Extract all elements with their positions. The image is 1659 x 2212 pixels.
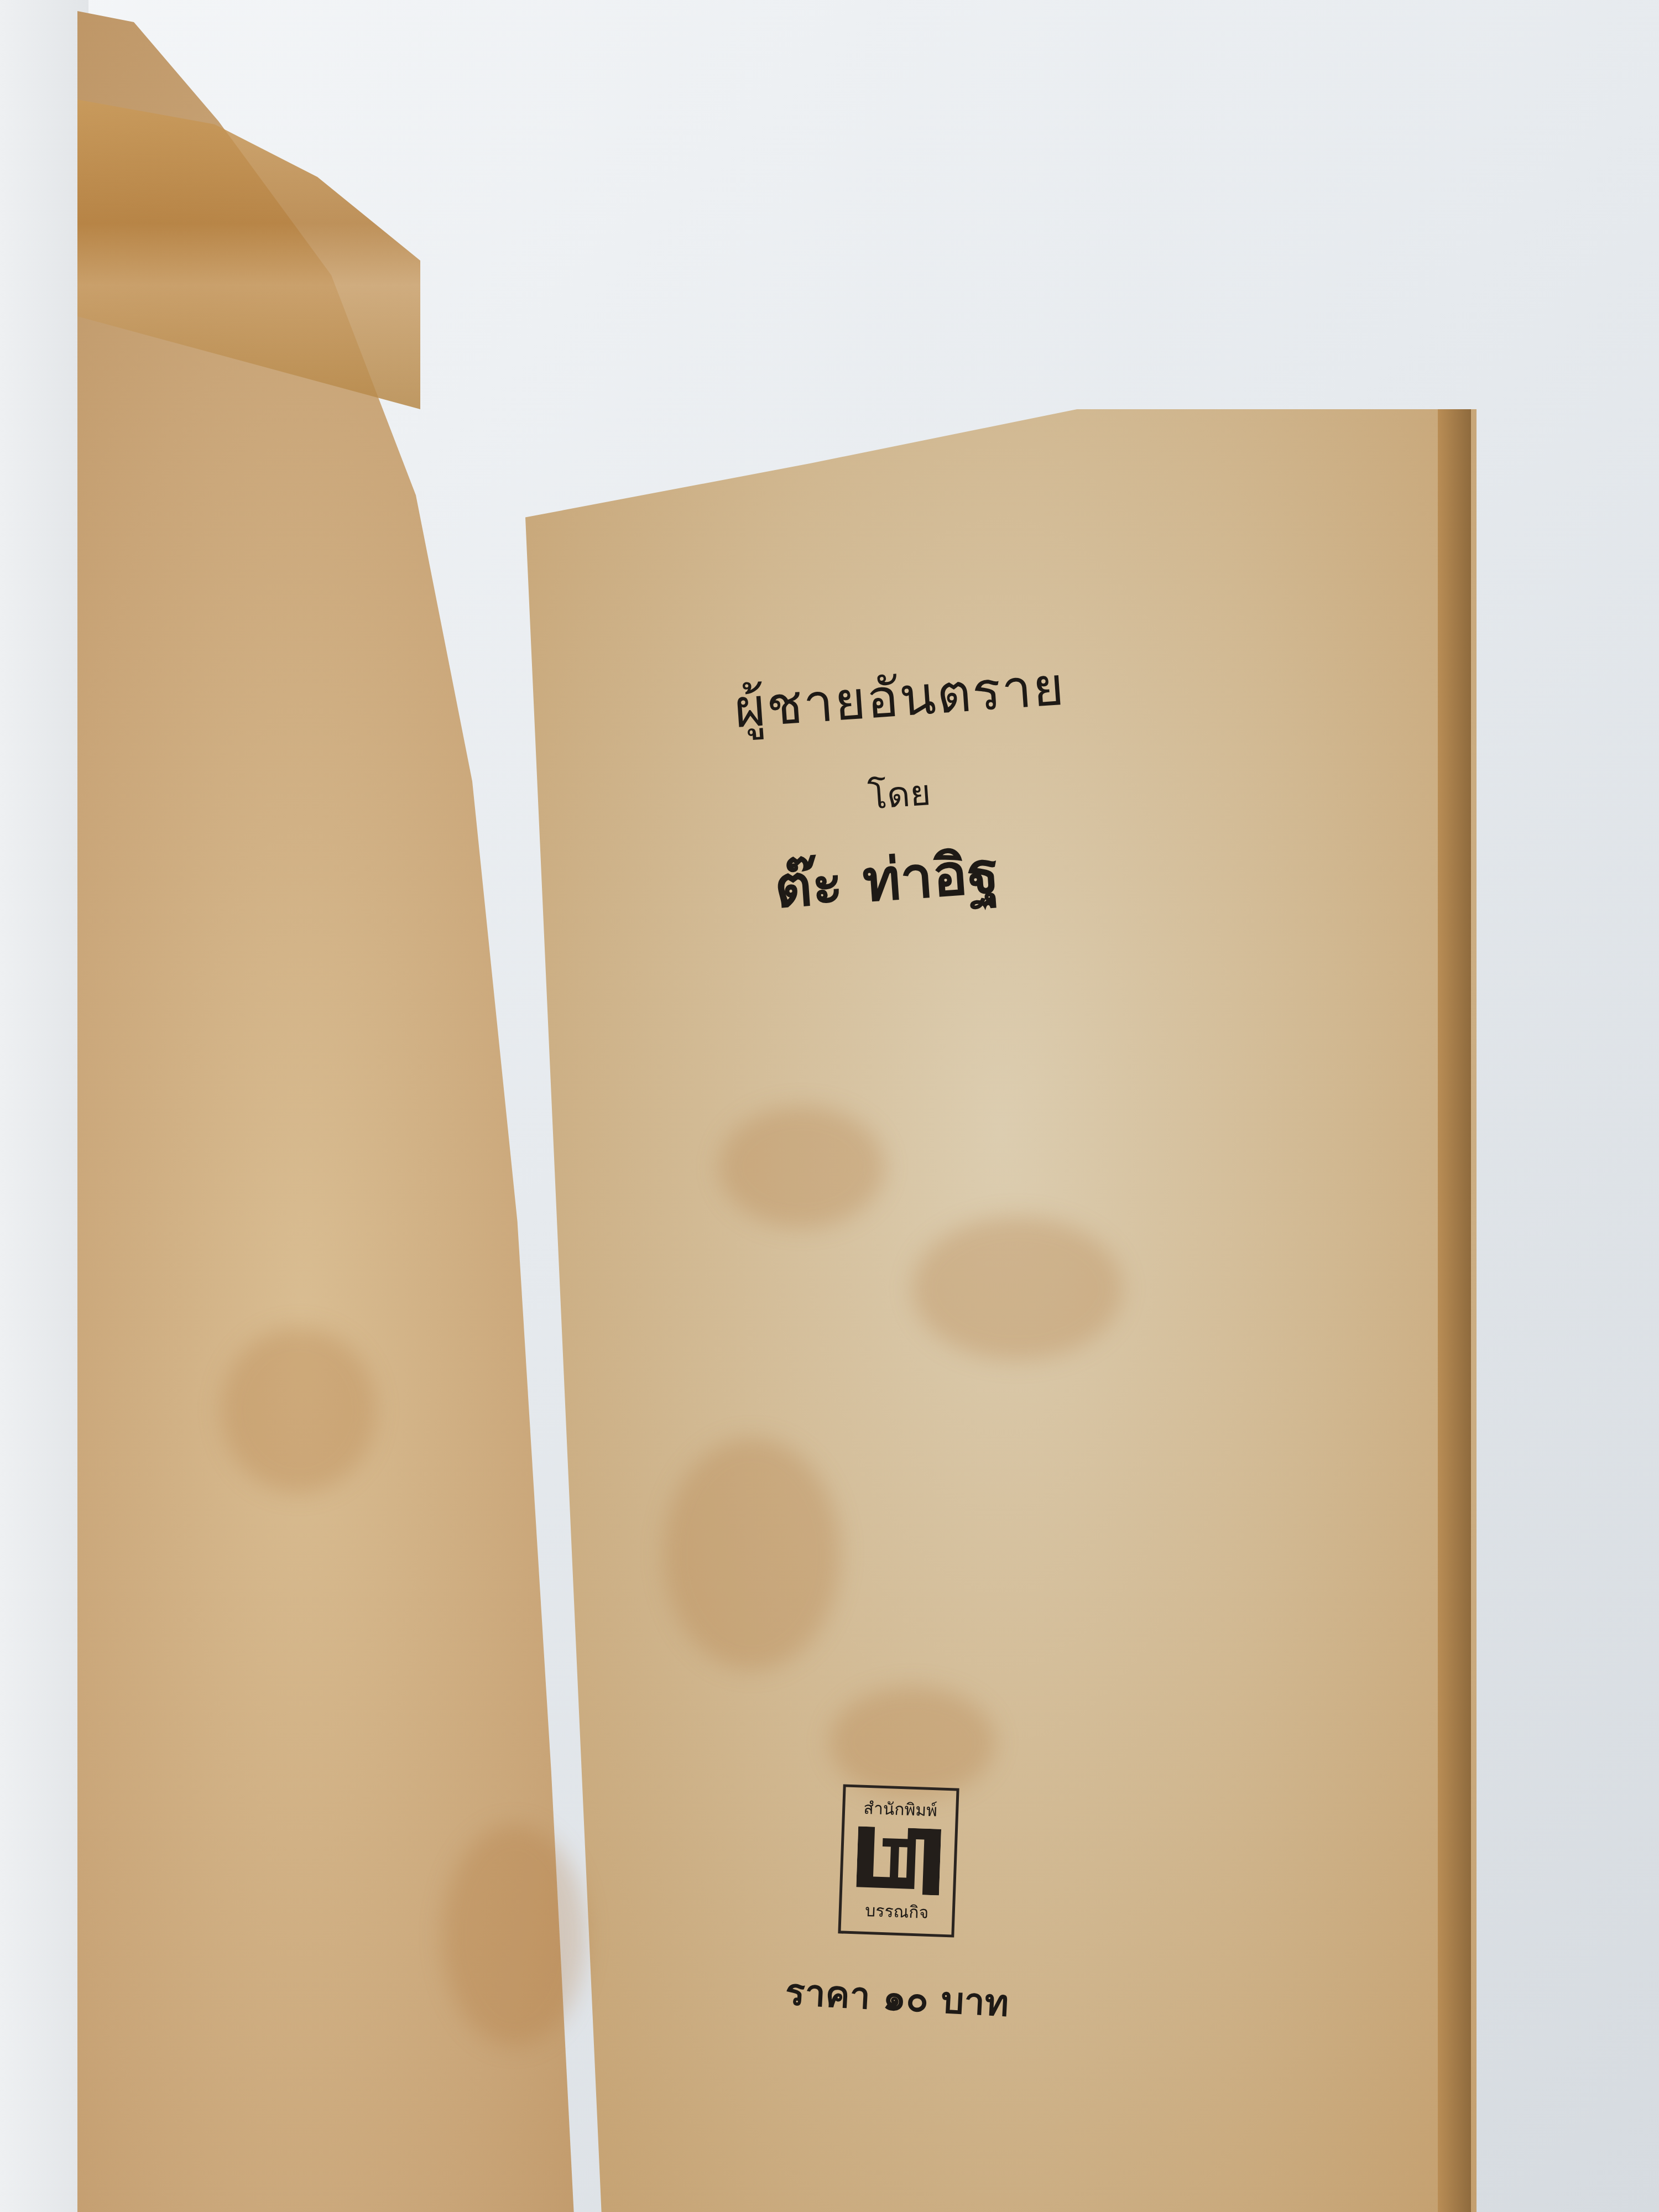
foxing-stain bbox=[664, 1438, 841, 1670]
foxing-stain bbox=[719, 1106, 885, 1228]
publisher-mark-icon bbox=[856, 1826, 941, 1895]
price-label: ราคา ๑๐ บาท bbox=[784, 1963, 1010, 2032]
author-name: ต๊ะ ท่าอิฐ bbox=[771, 826, 1002, 933]
page-stack-edge bbox=[0, 0, 88, 2212]
publisher-label-top: สำนักพิมพ์ bbox=[863, 1796, 938, 1824]
book-photo: ผู้ชายอันตราย โดย ต๊ะ ท่าอิฐ สำนักพิมพ์ … bbox=[0, 0, 1659, 2212]
by-label: โดย bbox=[866, 764, 932, 825]
right-page-edge bbox=[1438, 409, 1471, 2212]
publisher-logo: สำนักพิมพ์ บรรณกิจ bbox=[838, 1784, 959, 1937]
foxing-stain bbox=[221, 1327, 376, 1493]
foxing-stain bbox=[912, 1217, 1123, 1360]
foxing-stain bbox=[830, 1687, 995, 1797]
publisher-label-bottom: บรรณกิจ bbox=[865, 1898, 929, 1926]
foxing-stain bbox=[442, 1825, 586, 2046]
